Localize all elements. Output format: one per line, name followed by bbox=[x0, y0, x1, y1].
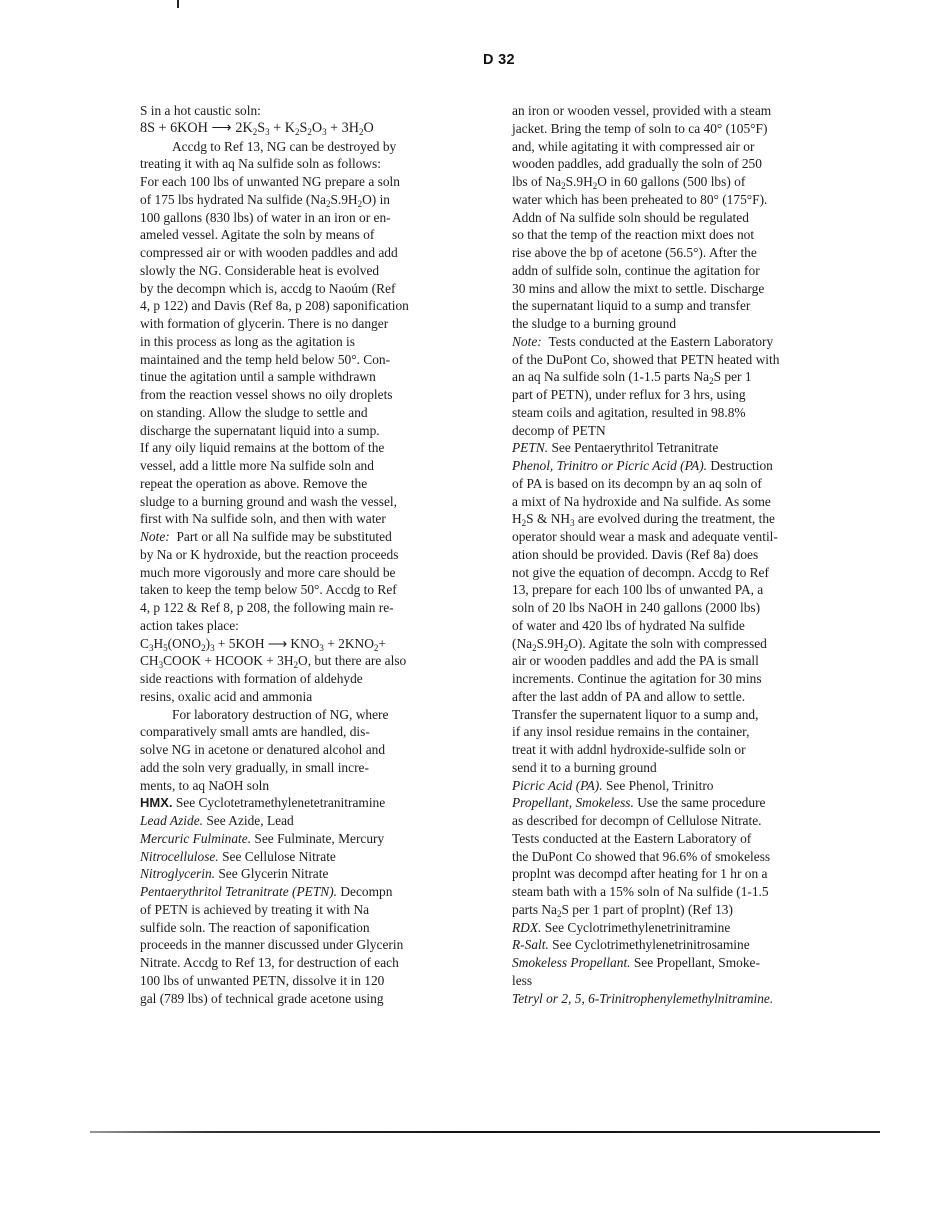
entry-lead-azide: Lead Azide. See Azide, Lead bbox=[140, 812, 485, 830]
entry-petn: PETN. See Pentaerythritol Tetranitrate bbox=[512, 439, 857, 457]
text-line: soln of 20 lbs NaOH in 240 gallons (2000… bbox=[512, 599, 857, 617]
text-line: steam bath with a 15% soln of Na sulfide… bbox=[512, 883, 857, 901]
text-line: air or wooden paddles and add the PA is … bbox=[512, 652, 857, 670]
text-line: of PA is based on its decompn by an aq s… bbox=[512, 475, 857, 493]
text-line: 100 lbs of unwanted PETN, dissolve it in… bbox=[140, 972, 485, 990]
text-line-na2s: (Na2S.9H2O). Agitate the soln with compr… bbox=[512, 635, 857, 653]
text-line: after the last addn of PA and allow to s… bbox=[512, 688, 857, 706]
text-line: action takes place: bbox=[140, 617, 485, 635]
entry-petn: Pentaerythritol Tetranitrate (PETN). Dec… bbox=[140, 883, 485, 901]
text-line: less bbox=[512, 972, 857, 990]
equation-sulfur-koh: 8S + 6KOH ⟶ 2K2S3 + K2S2O3 + 3H2O bbox=[140, 120, 485, 138]
text-line: treating it with aq Na sulfide soln as f… bbox=[140, 155, 485, 173]
footer-rule bbox=[90, 1131, 880, 1133]
entry-rdx: RDX. See Cyclotrimethylenetrinitramine bbox=[512, 919, 857, 937]
page-number: D 32 bbox=[483, 52, 515, 68]
text-line: wooden paddles, add gradually the soln o… bbox=[512, 155, 857, 173]
text-line: of water and 420 lbs of hydrated Na sulf… bbox=[512, 617, 857, 635]
text-line: much more vigorously and more care shoul… bbox=[140, 564, 485, 582]
note-label: Note: bbox=[140, 529, 170, 544]
text-line: 4, p 122) and Davis (Ref 8a, p 208) sapo… bbox=[140, 297, 485, 315]
text-line: For each 100 lbs of unwanted NG prepare … bbox=[140, 173, 485, 191]
text-line: jacket. Bring the temp of soln to ca 40°… bbox=[512, 120, 857, 138]
text-line: increments. Continue the agitation for 3… bbox=[512, 670, 857, 688]
text-line: the DuPont Co showed that 96.6% of smoke… bbox=[512, 848, 857, 866]
note-line: Note: Tests conducted at the Eastern Lab… bbox=[512, 333, 857, 351]
entry-r-salt: R-Salt. See Cyclotrimethylenetrinitrosam… bbox=[512, 936, 857, 954]
text-line: S in a hot caustic soln: bbox=[140, 102, 485, 120]
text-line: discharge the supernatant liquid into a … bbox=[140, 422, 485, 440]
text-line: Nitrate. Accdg to Ref 13, for destructio… bbox=[140, 954, 485, 972]
text-line: addn of sulfide soln, continue the agita… bbox=[512, 262, 857, 280]
text-line: a mixt of Na hydroxide and Na sulfide. A… bbox=[512, 493, 857, 511]
text-line: as described for decompn of Cellulose Ni… bbox=[512, 812, 857, 830]
text-line: slowly the NG. Considerable heat is evol… bbox=[140, 262, 485, 280]
entry-phenol-trinitro: Phenol, Trinitro or Picric Acid (PA). De… bbox=[512, 457, 857, 475]
scan-mark bbox=[177, 0, 179, 8]
text-line: of PETN is achieved by treating it with … bbox=[140, 901, 485, 919]
left-column: S in a hot caustic soln: 8S + 6KOH ⟶ 2K2… bbox=[140, 102, 485, 1007]
text-line: sludge to a burning ground and wash the … bbox=[140, 493, 485, 511]
text-line-na2s: an aq Na sulfide soln (1-1.5 parts Na2S … bbox=[512, 368, 857, 386]
note-line: Note: Part or all Na sulfide may be subs… bbox=[140, 528, 485, 546]
text-line: the sludge to a burning ground bbox=[512, 315, 857, 333]
text-line: add the soln very gradually, in small in… bbox=[140, 759, 485, 777]
text-line: proplnt was decompd after heating for 1 … bbox=[512, 865, 857, 883]
text-line-na2s: of 175 lbs hydrated Na sulfide (Na2S.9H2… bbox=[140, 191, 485, 209]
text-line: side reactions with formation of aldehyd… bbox=[140, 670, 485, 688]
text-line: 13, prepare for each 100 lbs of unwanted… bbox=[512, 581, 857, 599]
entry-hmx: HMX. See Cyclotetramethylenetetranitrami… bbox=[140, 794, 485, 812]
text-line: and, while agitating it with compressed … bbox=[512, 138, 857, 156]
text-line: by Na or K hydroxide, but the reaction p… bbox=[140, 546, 485, 564]
text-line: 4, p 122 & Ref 8, p 208, the following m… bbox=[140, 599, 485, 617]
text-line: of the DuPont Co, showed that PETN heate… bbox=[512, 351, 857, 369]
text-line: repeat the operation as above. Remove th… bbox=[140, 475, 485, 493]
text-line: rise above the bp of acetone (56.5°). Af… bbox=[512, 244, 857, 262]
equation-ng-koh-line1: C3H5(ONO2)3 + 5KOH ⟶ KNO3 + 2KNO2+ bbox=[140, 635, 485, 653]
text-line: if any insol residue remains in the cont… bbox=[512, 723, 857, 741]
text-line: by the decompn which is, accdg to Naoúm … bbox=[140, 280, 485, 298]
text-line: 100 gallons (830 lbs) of water in an iro… bbox=[140, 209, 485, 227]
text-line: taken to keep the temp below 50°. Accdg … bbox=[140, 581, 485, 599]
entry-mercuric-fulminate: Mercuric Fulminate. See Fulminate, Mercu… bbox=[140, 830, 485, 848]
text-line: For laboratory destruction of NG, where bbox=[140, 706, 485, 724]
text-line: vessel, add a little more Na sulfide sol… bbox=[140, 457, 485, 475]
text-line-na2s: lbs of Na2S.9H2O in 60 gallons (500 lbs)… bbox=[512, 173, 857, 191]
text-line: send it to a burning ground bbox=[512, 759, 857, 777]
text-line: not give the equation of decompn. Accdg … bbox=[512, 564, 857, 582]
entry-nitrocellulose: Nitrocellulose. See Cellulose Nitrate bbox=[140, 848, 485, 866]
text-line: Accdg to Ref 13, NG can be destroyed by bbox=[140, 138, 485, 156]
text-line: comparatively small amts are handled, di… bbox=[140, 723, 485, 741]
text-line: the supernatant liquid to a sump and tra… bbox=[512, 297, 857, 315]
text-line: an iron or wooden vessel, provided with … bbox=[512, 102, 857, 120]
text-line: ameled vessel. Agitate the soln by means… bbox=[140, 226, 485, 244]
right-column: an iron or wooden vessel, provided with … bbox=[512, 102, 857, 1007]
text-line: solve NG in acetone or denatured alcohol… bbox=[140, 741, 485, 759]
entry-propellant-smokeless: Propellant, Smokeless. Use the same proc… bbox=[512, 794, 857, 812]
text-line: compressed air or with wooden paddles an… bbox=[140, 244, 485, 262]
text-line: with formation of glycerin. There is no … bbox=[140, 315, 485, 333]
equation-ng-koh-line2: CH3COOK + HCOOK + 3H2O, but there are al… bbox=[140, 652, 485, 670]
entry-picric-acid: Picric Acid (PA). See Phenol, Trinitro bbox=[512, 777, 857, 795]
text-line: ments, to aq NaOH soln bbox=[140, 777, 485, 795]
text-line: from the reaction vessel shows no oily d… bbox=[140, 386, 485, 404]
text-line: sulfide soln. The reaction of saponifica… bbox=[140, 919, 485, 937]
note-label: Note: bbox=[512, 334, 542, 349]
text-line: If any oily liquid remains at the bottom… bbox=[140, 439, 485, 457]
text-line: maintained and the temp held below 50°. … bbox=[140, 351, 485, 369]
text-line: resins, oxalic acid and ammonia bbox=[140, 688, 485, 706]
text-line: steam coils and agitation, resulted in 9… bbox=[512, 404, 857, 422]
text-line: tinue the agitation until a sample withd… bbox=[140, 368, 485, 386]
text-line: ation should be provided. Davis (Ref 8a)… bbox=[512, 546, 857, 564]
text-line: water which has been preheated to 80° (1… bbox=[512, 191, 857, 209]
text-line: part of PETN), under reflux for 3 hrs, u… bbox=[512, 386, 857, 404]
text-line: gal (789 lbs) of technical grade acetone… bbox=[140, 990, 485, 1008]
text-line: in this process as long as the agitation… bbox=[140, 333, 485, 351]
text-line-na2s: parts Na2S per 1 part of proplnt) (Ref 1… bbox=[512, 901, 857, 919]
text-line: 30 mins and allow the mixt to settle. Di… bbox=[512, 280, 857, 298]
text-line: Addn of Na sulfide soln should be regula… bbox=[512, 209, 857, 227]
text-line: Transfer the supernatent liquor to a sum… bbox=[512, 706, 857, 724]
entry-smokeless-propellant: Smokeless Propellant. See Propellant, Sm… bbox=[512, 954, 857, 972]
text-line: first with Na sulfide soln, and then wit… bbox=[140, 510, 485, 528]
text-line-h2s: H2S & NH3 are evolved during the treatme… bbox=[512, 510, 857, 528]
text-line: Tests conducted at the Eastern Laborator… bbox=[512, 830, 857, 848]
text-line: on standing. Allow the sludge to settle … bbox=[140, 404, 485, 422]
text-line: operator should wear a mask and adequate… bbox=[512, 528, 857, 546]
text-line: so that the temp of the reaction mixt do… bbox=[512, 226, 857, 244]
entry-nitroglycerin: Nitroglycerin. See Glycerin Nitrate bbox=[140, 865, 485, 883]
text-line: decomp of PETN bbox=[512, 422, 857, 440]
text-line: treat it with addnl hydroxide-sulfide so… bbox=[512, 741, 857, 759]
entry-tetryl: Tetryl or 2, 5, 6-Trinitrophenylemethyln… bbox=[512, 990, 857, 1008]
text-line: proceeds in the manner discussed under G… bbox=[140, 936, 485, 954]
